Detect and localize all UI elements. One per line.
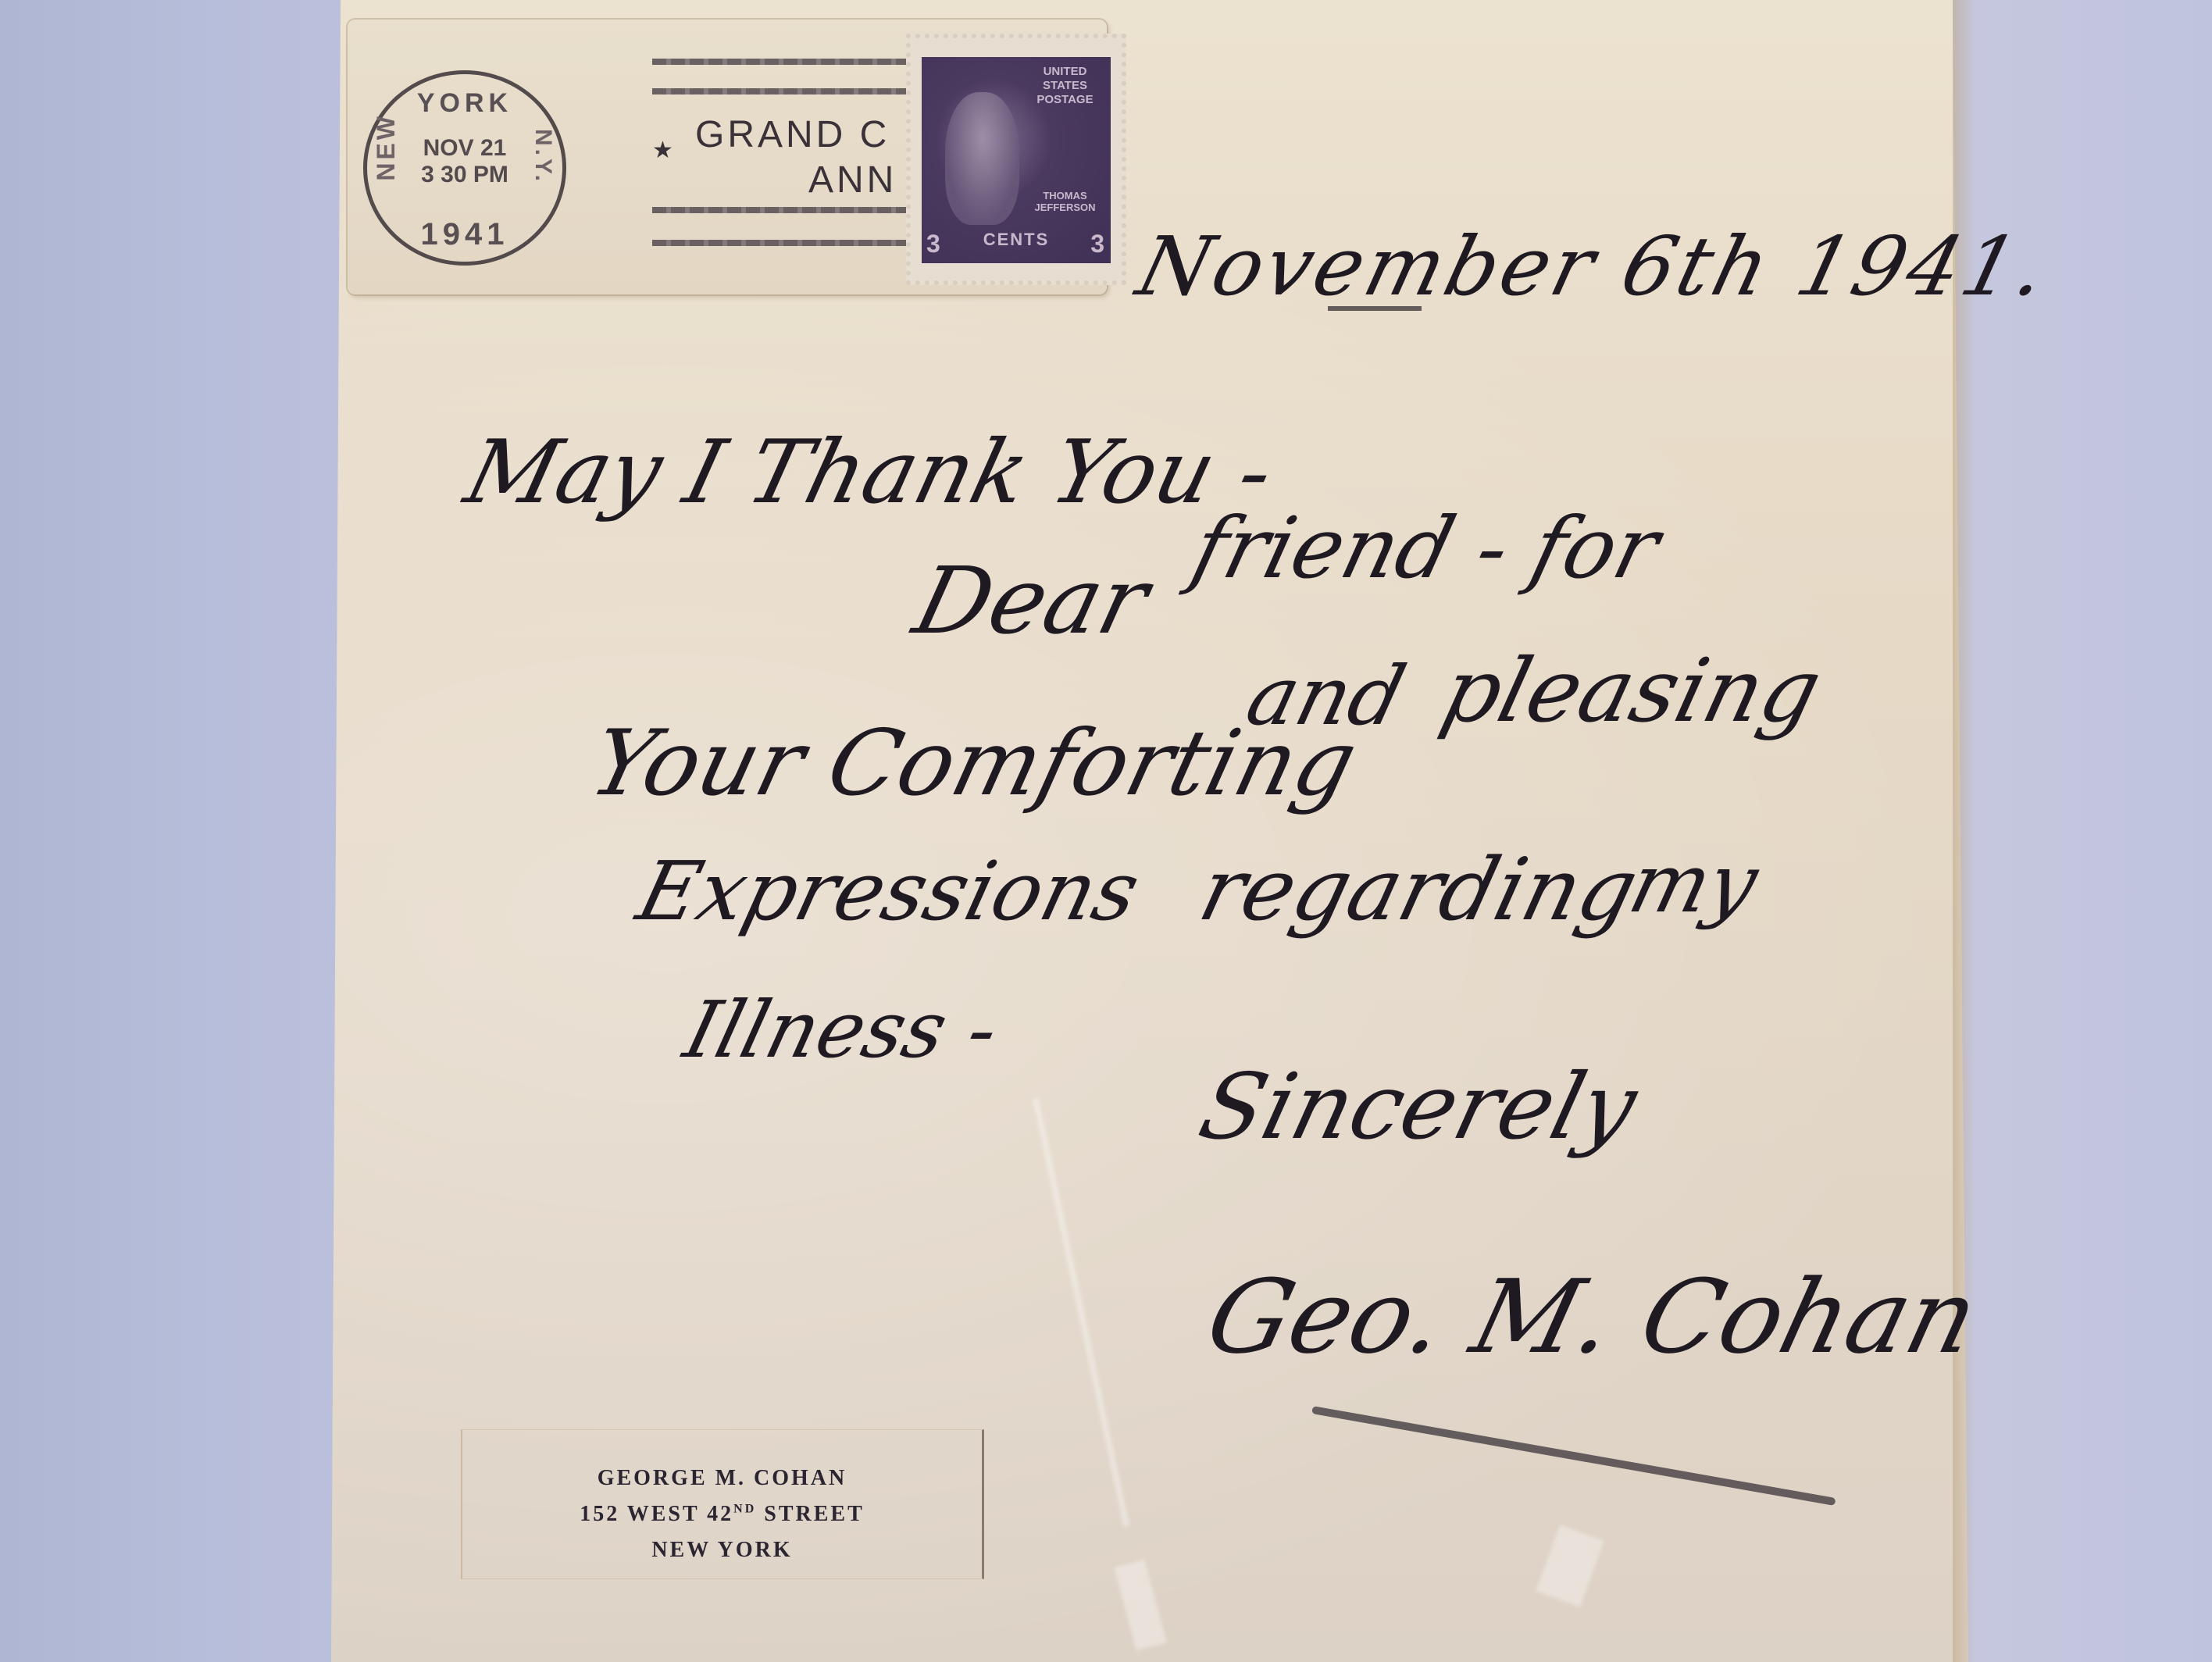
date-underline [1328,306,1422,311]
postmark-year: 1941 [367,217,562,252]
letterhead-name: GEORGE M. COHAN [462,1466,982,1491]
letter-line: Your Comforting [580,711,1367,816]
letter-line: regarding [1190,840,1647,940]
stamp-portrait-icon [945,92,1019,225]
stamp-denomination: 3 CENTS 3 [926,230,1106,259]
address-street: STREET [756,1502,865,1526]
letter-line: my [1621,836,1768,931]
cancel-slogan-line-1: GRAND C [695,113,890,156]
signature: Geo. M. Cohan [1196,1257,1989,1376]
stamp-value-left: 3 [926,230,942,259]
stamp-country: UNITED STATES POSTAGE [1024,65,1106,107]
letter-date: November 6th 1941. [1129,219,2060,314]
postmark-date: NOV 21 [367,135,562,162]
letter-line: May I Thank You - [456,422,1283,523]
letter-line: Expressions [629,843,1149,939]
address-number: 152 WEST 42 [580,1502,733,1526]
postage-stamp: UNITED STATES POSTAGE THOMAS JEFFERSON 3… [906,34,1126,285]
cancel-slogan-line-2: ANN [808,159,897,202]
letterhead-address: 152 WEST 42ND STREET [462,1502,982,1527]
stamp-value-right: 3 [1090,230,1106,259]
envelope-clipping: YORK NEW N.Y. NOV 21 3 30 PM 1941 ★ GRAN… [348,20,1107,294]
star-icon: ★ [652,137,673,164]
postmark-time: 3 30 PM [367,162,562,188]
postmark-circle: YORK NEW N.Y. NOV 21 3 30 PM 1941 [363,70,566,266]
address-suffix: ND [733,1503,756,1516]
letterhead-label: GEORGE M. COHAN 152 WEST 42ND STREET NEW… [461,1429,984,1579]
letter-line: friend - for [1183,500,1668,597]
letterhead-city: NEW YORK [462,1538,982,1563]
stamp-name: THOMAS JEFFERSON [1024,190,1106,213]
letter-line: Dear [904,547,1159,654]
postmark-datetime: NOV 21 3 30 PM [367,135,562,188]
letter-line: Illness - [676,984,1007,1075]
stamp-value-label: CENTS [983,230,1050,259]
letter-line: pleasing [1432,640,1831,742]
letter-closing: Sincerely [1190,1054,1647,1160]
